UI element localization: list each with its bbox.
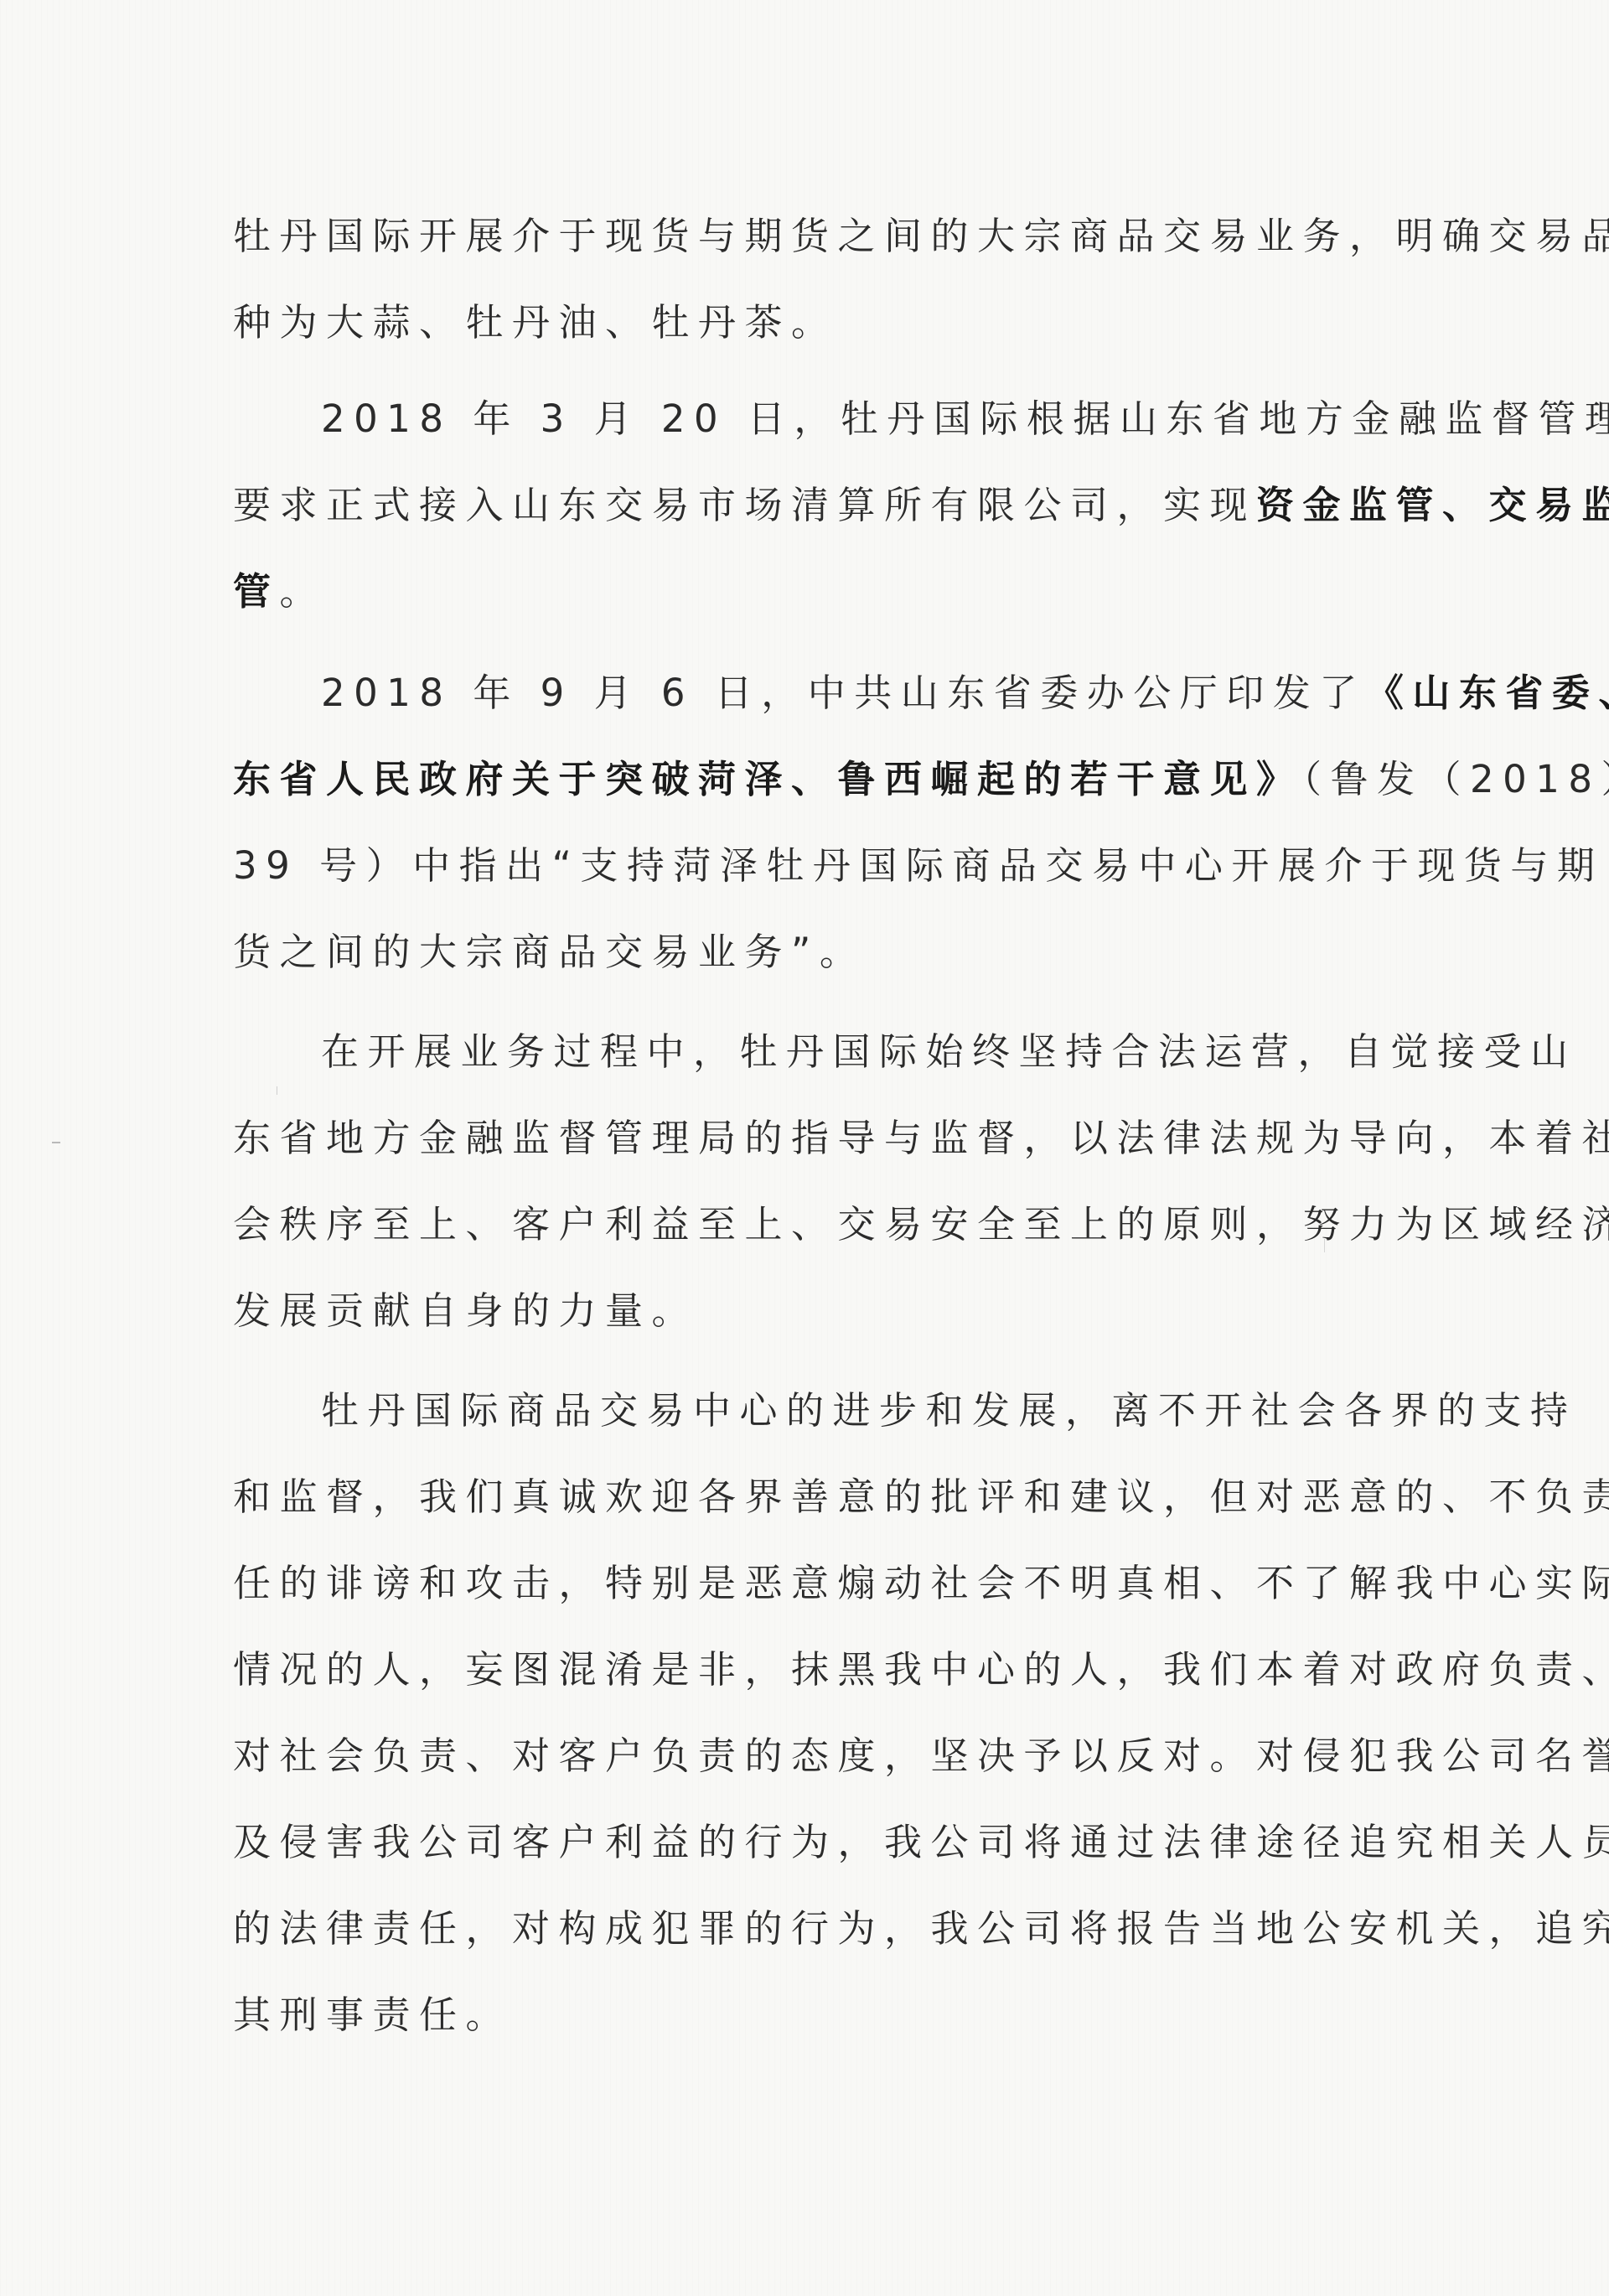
text-span: 和监督，我们真诚欢迎各界善意的批评和建议，但对恶意的、不负责: [233, 1475, 1609, 1519]
text-line: 货之间的大宗商品交易业务”。: [233, 927, 1389, 977]
text-line: 东省人民政府关于突破菏泽、鲁西崛起的若干意见》（鲁发（2018）: [233, 754, 1389, 805]
text-line: 在开展业务过程中，牡丹国际始终坚持合法运营，自觉接受山: [321, 1027, 1477, 1077]
text-span: 其刑事责任。: [233, 1993, 512, 2037]
text-line: 2018 年 9 月 6 日，中共山东省委办公厅印发了《山东省委、山: [321, 668, 1477, 718]
text-line: 东省地方金融监督管理局的指导与监督，以法律法规为导向，本着社: [233, 1113, 1389, 1164]
text-line: 对社会负责、对客户负责的态度，坚决予以反对。对侵犯我公司名誉: [233, 1731, 1389, 1781]
text-line: 会秩序至上、客户利益至上、交易安全至上的原则，努力为区域经济: [233, 1200, 1389, 1250]
bold-text-span: 资金监管、交易监: [1256, 483, 1609, 527]
text-span: 种为大蒜、牡丹油、牡丹茶。: [233, 300, 838, 345]
text-line: 2018 年 3 月 20 日，牡丹国际根据山东省地方金融监督管理局的: [321, 394, 1477, 444]
document-title-bold: 东省人民政府关于突破菏泽、鲁西崛起的若干意见》: [233, 757, 1303, 801]
text-span: 会秩序至上、客户利益至上、交易安全至上的原则，努力为区域经济: [233, 1202, 1609, 1246]
text-span: 牡丹国际商品交易中心的进步和发展，离不开社会各界的支持: [321, 1388, 1577, 1433]
text-line: 和监督，我们真诚欢迎各界善意的批评和建议，但对恶意的、不负责: [233, 1472, 1389, 1522]
text-span: 牡丹国际开展介于现货与期货之间的大宗商品交易业务，明确交易品: [233, 214, 1609, 258]
text-line: 任的诽谤和攻击，特别是恶意煽动社会不明真相、不了解我中心实际: [233, 1558, 1389, 1609]
text-span: 在开展业务过程中，牡丹国际始终坚持合法运营，自觉接受山: [321, 1029, 1577, 1074]
text-span: 货之间的大宗商品交易业务”。: [233, 930, 866, 974]
text-line: 管。: [233, 567, 1389, 617]
text-line: 及侵害我公司客户利益的行为，我公司将通过法律途径追究相关人员: [233, 1817, 1389, 1868]
text-span: 。: [280, 569, 327, 614]
scanned-document-page: 牡丹国际开展介于现货与期货之间的大宗商品交易业务，明确交易品 种为大蒜、牡丹油、…: [0, 0, 1609, 2296]
scan-speck: [52, 1142, 60, 1143]
bold-text-span: 管: [233, 569, 280, 614]
text-span: 发展贡献自身的力量。: [233, 1288, 698, 1333]
text-line: 要求正式接入山东交易市场清算所有限公司，实现资金监管、交易监: [233, 480, 1389, 531]
text-line: 的法律责任，对构成犯罪的行为，我公司将报告当地公安机关，追究: [233, 1904, 1389, 1954]
text-span: 要求正式接入山东交易市场清算所有限公司，实现: [233, 483, 1256, 527]
text-span: 对社会负责、对客户负责的态度，坚决予以反对。对侵犯我公司名誉: [233, 1734, 1609, 1778]
text-span: 任的诽谤和攻击，特别是恶意煽动社会不明真相、不了解我中心实际: [233, 1561, 1609, 1605]
text-line: 情况的人，妄图混淆是非，抹黑我中心的人，我们本着对政府负责、: [233, 1645, 1389, 1695]
text-line: 39 号）中指出“支持菏泽牡丹国际商品交易中心开展介于现货与期: [233, 841, 1389, 891]
text-line: 牡丹国际商品交易中心的进步和发展，离不开社会各界的支持: [321, 1386, 1477, 1436]
text-line: 种为大蒜、牡丹油、牡丹茶。: [233, 298, 1389, 348]
text-span: 2018 年 9 月 6 日，中共山东省委办公厅印发了: [321, 671, 1366, 715]
text-span: 2018 年 3 月 20 日，牡丹国际根据山东省地方金融监督管理局的: [321, 396, 1609, 441]
text-line: 发展贡献自身的力量。: [233, 1286, 1389, 1336]
text-line: 牡丹国际开展介于现货与期货之间的大宗商品交易业务，明确交易品: [233, 211, 1389, 262]
text-span: 的法律责任，对构成犯罪的行为，我公司将报告当地公安机关，追究: [233, 1906, 1609, 1951]
text-span: 东省地方金融监督管理局的指导与监督，以法律法规为导向，本着社: [233, 1116, 1609, 1160]
scan-speck: [1324, 1239, 1325, 1252]
text-span: （鲁发（2018）: [1303, 757, 1609, 801]
text-line: 其刑事责任。: [233, 1990, 1389, 2040]
text-span: 及侵害我公司客户利益的行为，我公司将通过法律途径追究相关人员: [233, 1820, 1609, 1864]
document-title-bold: 《山东省委、山: [1366, 671, 1609, 715]
text-span: 39 号）中指出“支持菏泽牡丹国际商品交易中心开展介于现货与期: [233, 843, 1603, 888]
text-span: 情况的人，妄图混淆是非，抹黑我中心的人，我们本着对政府负责、: [233, 1647, 1609, 1692]
scan-speck: [277, 1086, 277, 1095]
